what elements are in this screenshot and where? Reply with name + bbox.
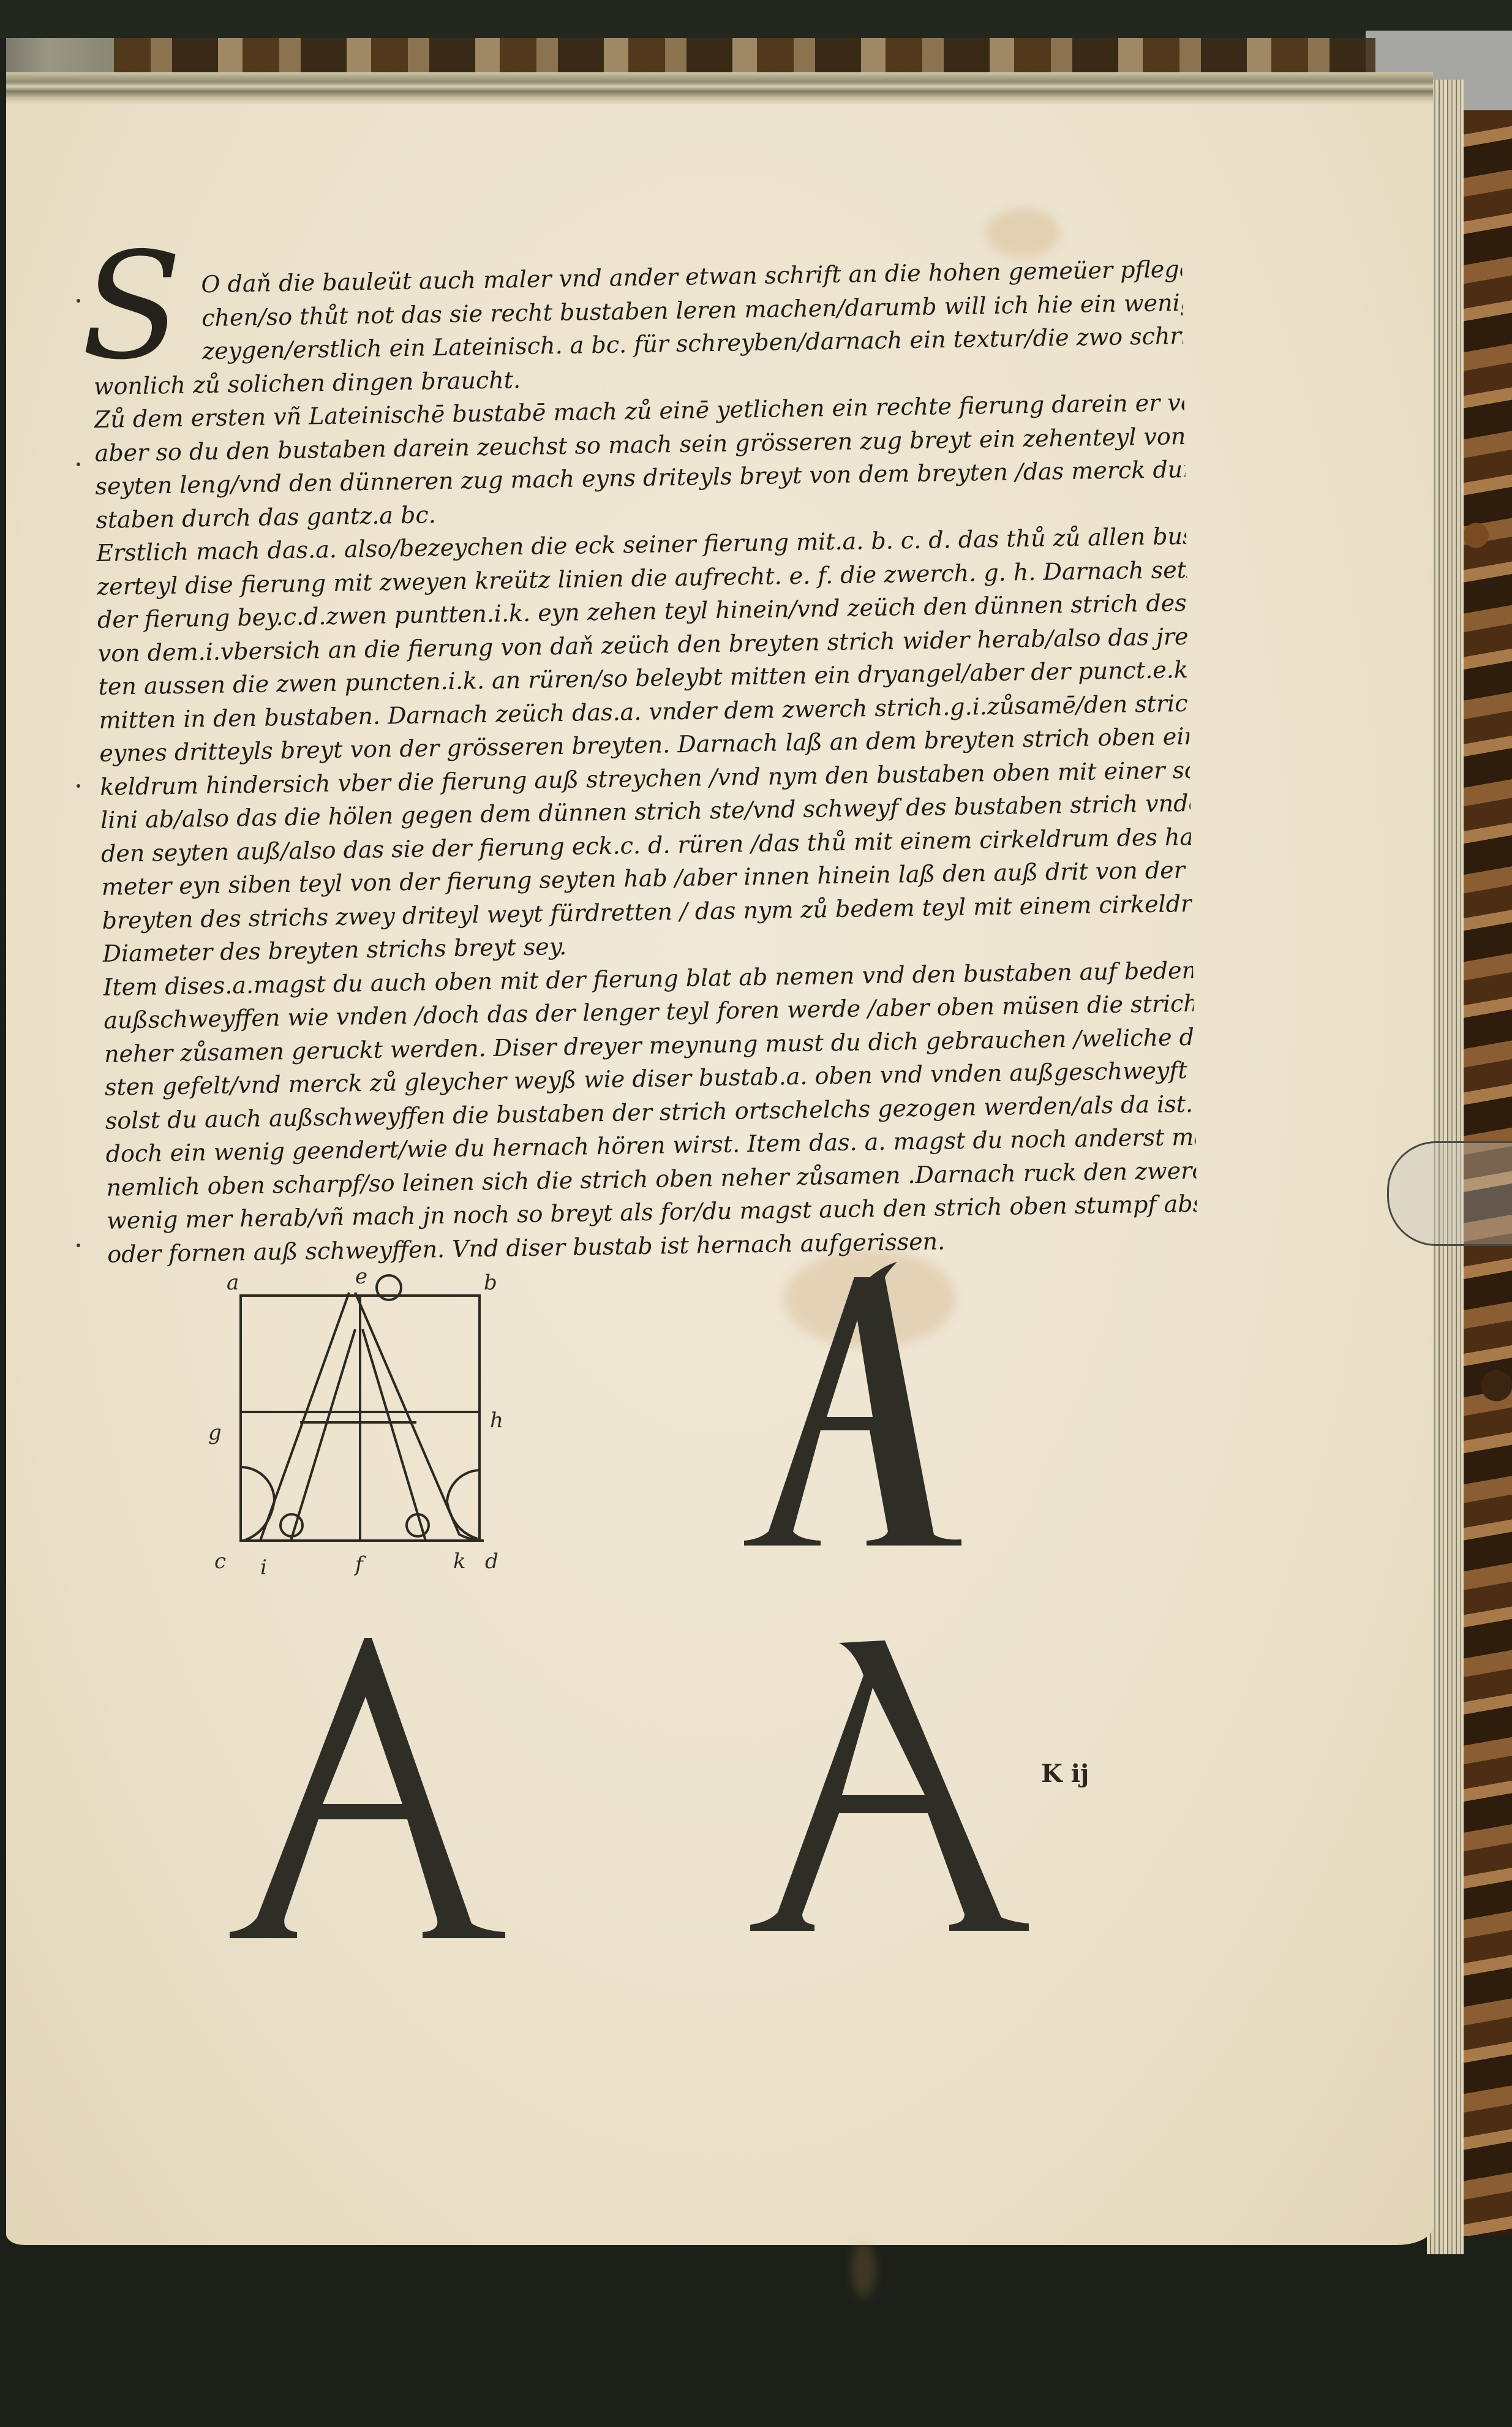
- label-e: e: [355, 1264, 367, 1289]
- background-top: [0, 0, 1512, 38]
- margin-mark: [77, 1244, 80, 1247]
- bookmark-clip: [1387, 1141, 1512, 1246]
- label-h: h: [490, 1408, 503, 1433]
- paragraph-proportions: Zů dem ersten vñ Lateinischē bustabē mac…: [94, 386, 1186, 537]
- label-i: i: [260, 1555, 267, 1580]
- label-k: k: [453, 1549, 466, 1574]
- signature-mark: K ij: [1041, 1759, 1089, 1788]
- margin-mark: [77, 299, 80, 303]
- letter-a-specimen-flag: [729, 1629, 1041, 1942]
- label-b: b: [484, 1270, 497, 1295]
- body-text: O daň die bauleüt auch maler vnd ander e…: [92, 252, 1197, 1271]
- label-c: c: [214, 1549, 226, 1574]
- letter-a-construction-diagram: a b c d e f g h i k: [202, 1262, 582, 1642]
- letter-a-specimen-curled: [732, 1253, 1026, 1583]
- margin-mark: [77, 784, 80, 788]
- paragraph-intro: O daň die bauleüt auch maler vnd ander e…: [92, 252, 1184, 403]
- label-a: a: [227, 1270, 239, 1295]
- foxing-stain: [986, 208, 1059, 257]
- paragraph-variants: Item dises.a.magst du auch oben mit der …: [103, 953, 1197, 1270]
- headband: [114, 38, 1375, 75]
- page-top-edge: [6, 72, 1433, 104]
- label-d: d: [485, 1549, 498, 1574]
- margin-mark: [77, 462, 80, 466]
- foxing-stain: [851, 2242, 876, 2297]
- paragraph-construction: Erstlich mach das.a. also/bezeychen die …: [96, 519, 1193, 970]
- label-f: f: [353, 1552, 366, 1577]
- label-g: g: [208, 1421, 222, 1445]
- letter-a-specimen-pointed: [205, 1629, 524, 1948]
